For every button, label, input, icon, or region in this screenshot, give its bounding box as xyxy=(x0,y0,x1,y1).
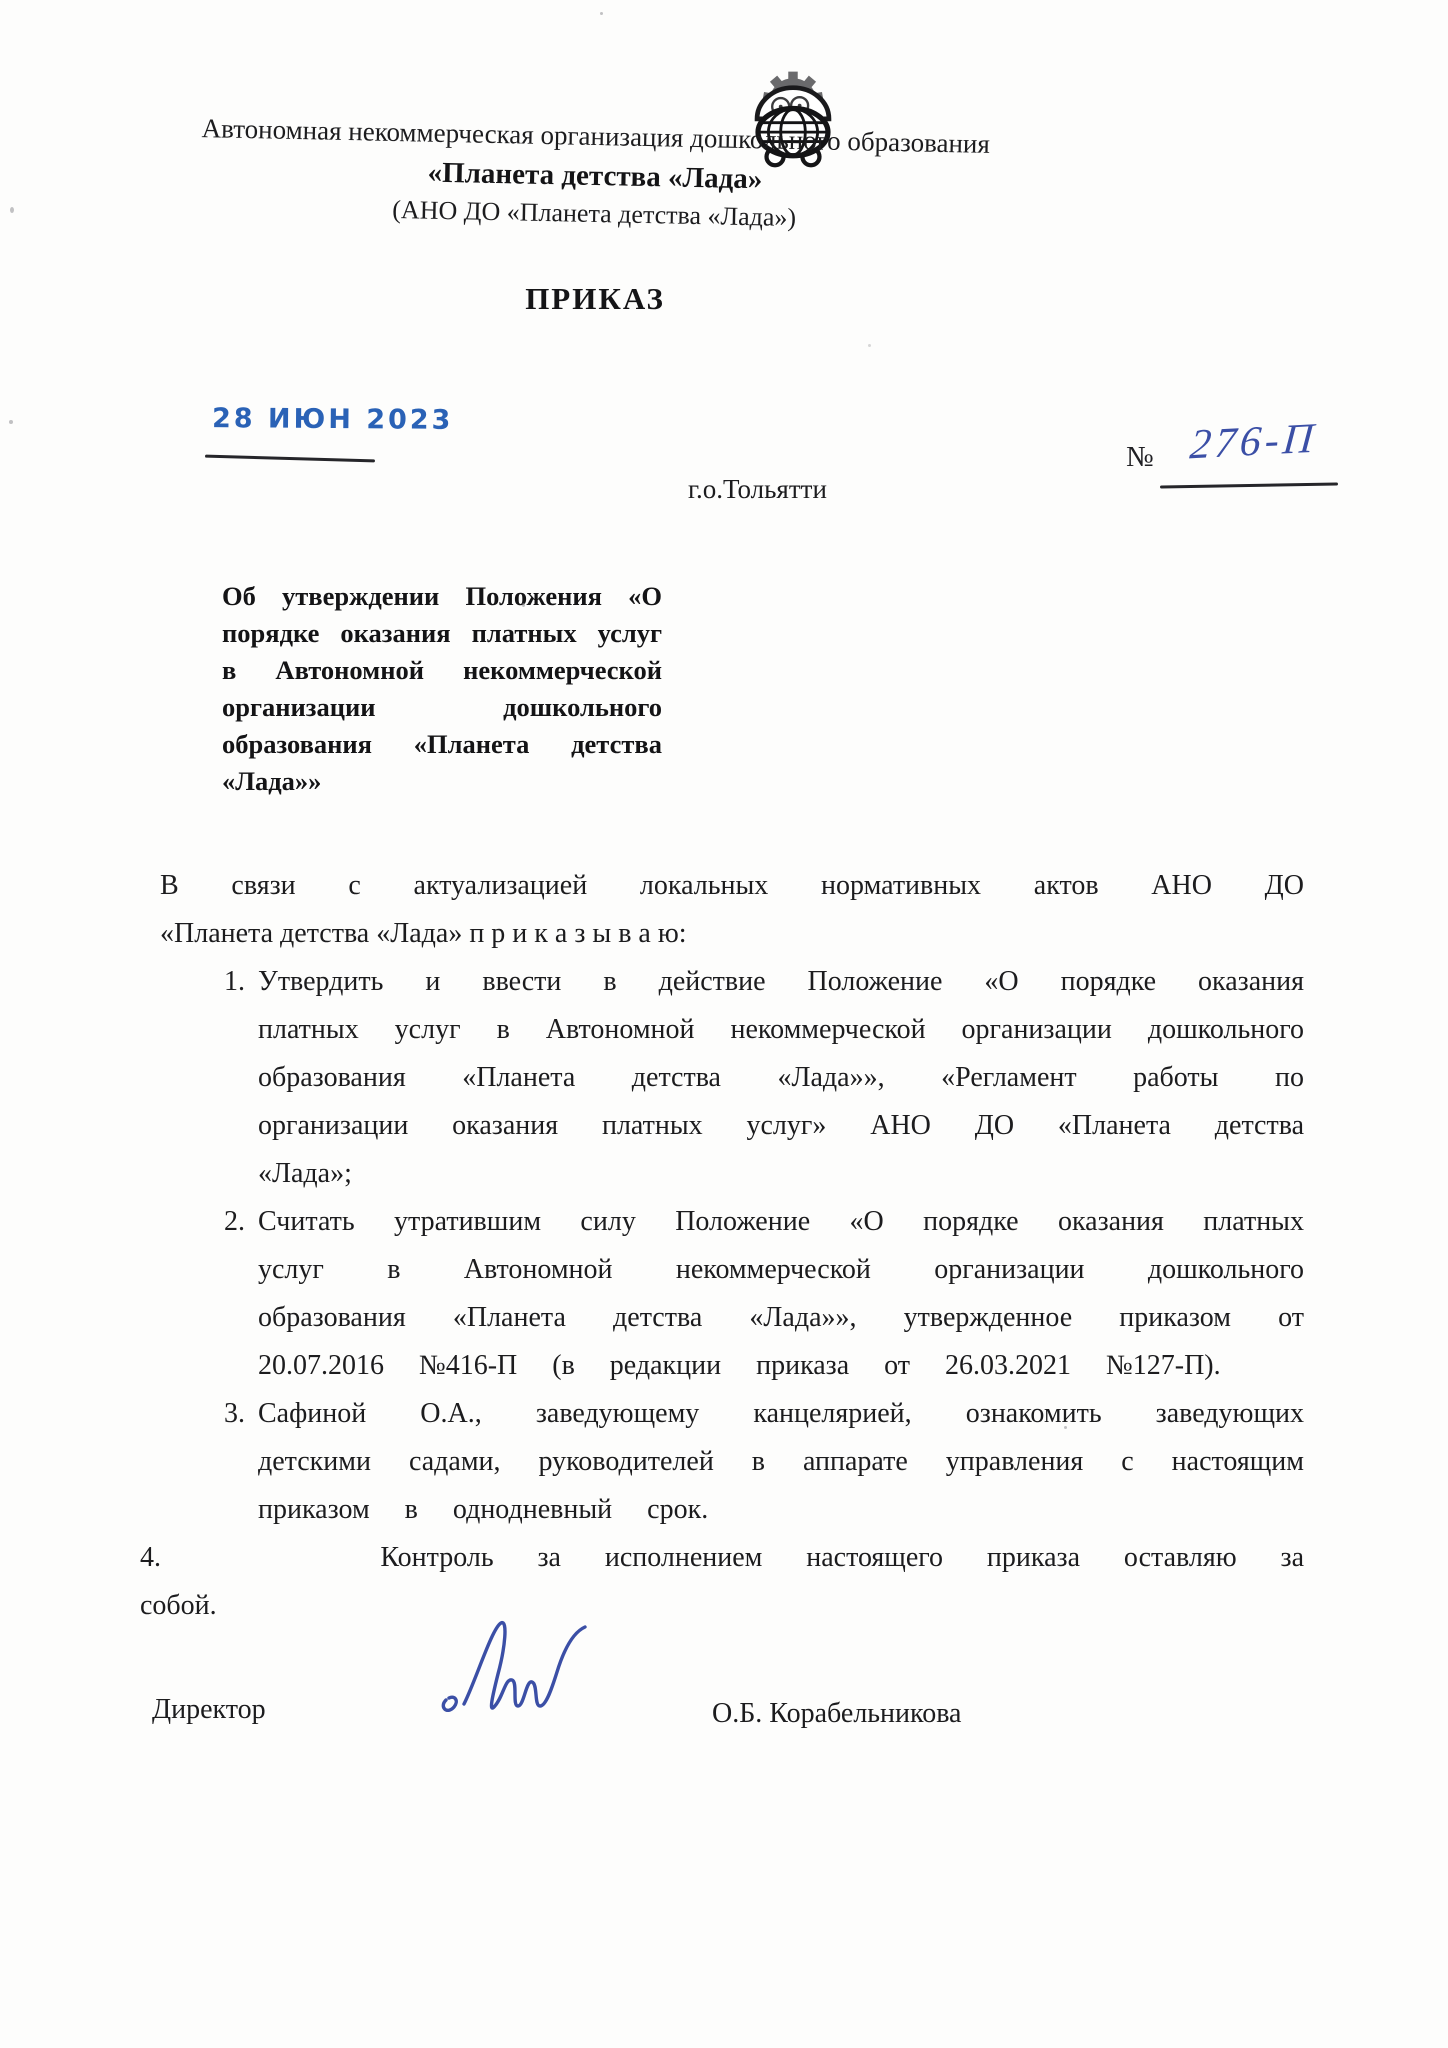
preamble-line: В связи с актуализацией локальных нормат… xyxy=(160,862,1304,910)
date-underline xyxy=(205,455,375,463)
scan-speck xyxy=(10,207,14,213)
item-text: Утвердить и ввести в действие Положение … xyxy=(258,966,1304,1189)
preamble: В связи с актуализацией локальных нормат… xyxy=(160,862,1304,958)
scan-speck xyxy=(1064,1426,1067,1429)
scan-speck xyxy=(9,420,13,424)
order-title: ПРИКАЗ xyxy=(145,281,1045,317)
item-number: 1. xyxy=(224,958,245,1006)
signer-position: Директор xyxy=(152,1694,266,1726)
list-item: 3. Сафиной О.А., заведующему канцелярией… xyxy=(258,1390,1304,1534)
item-text: 4. Контроль за исполнением настоящего пр… xyxy=(140,1534,1304,1582)
signature-row: Директор О.Б. Корабельникова xyxy=(0,1680,1448,1820)
order-items-list: 1. Утвердить и ввести в действие Положен… xyxy=(258,958,1304,1534)
order-body: В связи с актуализацией локальных нормат… xyxy=(140,862,1304,1630)
item-text: Сафиной О.А., заведующему канцелярией, о… xyxy=(258,1398,1304,1525)
scan-speck xyxy=(522,603,525,607)
list-item: 2. Считать утратившим силу Положение «О … xyxy=(258,1198,1304,1390)
item-four-paragraph: 4. Контроль за исполнением настоящего пр… xyxy=(140,1534,1304,1630)
scan-speck xyxy=(868,344,871,347)
item-number: 3. xyxy=(224,1390,245,1438)
handwritten-signature-icon xyxy=(432,1614,602,1744)
number-underline xyxy=(1160,482,1338,488)
scan-speck xyxy=(600,12,603,15)
number-label: № xyxy=(1126,441,1154,474)
org-header: Автономная некоммерческая организация до… xyxy=(144,109,1046,240)
number-handwritten-value: 276-П xyxy=(1188,415,1319,470)
item-text: собой. xyxy=(140,1582,1304,1630)
list-item: 1. Утвердить и ввести в действие Положен… xyxy=(258,958,1304,1198)
preamble-line: «Планета детства «Лада» п р и к а з ы в … xyxy=(160,910,1304,958)
scanned-order-document: Автономная некоммерческая организация до… xyxy=(0,0,1448,2048)
item-text: Считать утратившим силу Положение «О пор… xyxy=(258,1206,1304,1381)
city-line: г.о.Тольятти xyxy=(688,474,827,505)
item-number: 2. xyxy=(224,1198,245,1246)
order-subject: Об утверждении Положения «О порядке оказ… xyxy=(222,578,662,800)
signer-name: О.Б. Корабельникова xyxy=(712,1698,961,1730)
date-stamp: 28 ИЮН 2023 xyxy=(212,403,454,436)
